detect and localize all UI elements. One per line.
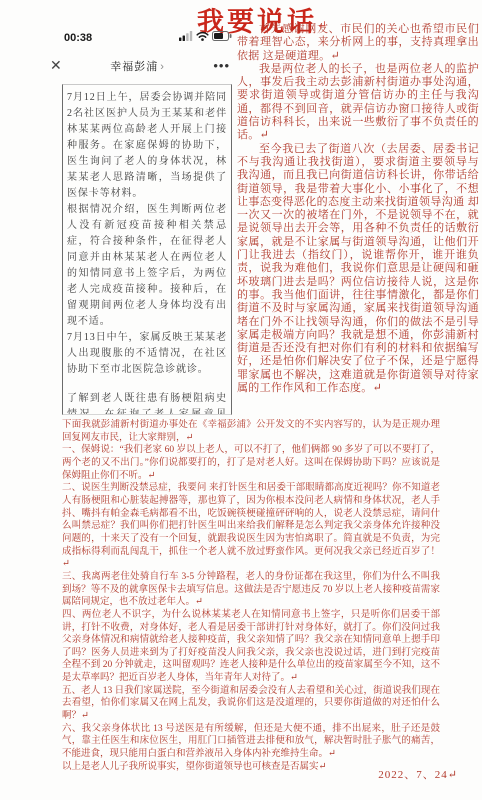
letter-paragraph: 三、我离两老住处骑自行车 3-5 分钟路程，老人的身份证都在我这里，你们为什么不… — [62, 571, 440, 609]
chat-header: ✕ 幸福彭浦› ••• — [38, 44, 238, 74]
letter-date: 2022、7、24↵ — [378, 766, 458, 782]
phone-status-bar: 00:38 — [38, 31, 238, 44]
status-time: 00:38 — [64, 32, 92, 44]
chat-title-text: 幸福彭浦 — [110, 61, 158, 73]
report-paragraph: 7月13日中午，家属反映王某某老人出现腹胀的不适情况，在社区协助下至市北医院急诊… — [67, 330, 227, 378]
letter-bottom-section: 下面我就彭浦新村街道办事处在《幸福彭浦》公开发文的不实内容写的，认为是正规办理回… — [62, 419, 440, 773]
cellular-signal-icon — [179, 31, 193, 44]
close-icon: ✕ — [50, 57, 62, 74]
chat-title: 幸福彭浦› — [110, 58, 165, 74]
report-paragraph: 7月12日上午，居委会协调并陪同2名社区医护人员为王某某和老伴林某某两位高龄老人… — [67, 90, 227, 202]
chevron-right-icon: › — [160, 61, 165, 73]
more-icon: ••• — [213, 58, 230, 73]
community-report-box: 7月12日上午，居委会协调并陪同2名社区医护人员为王某某和老伴林某某两位高龄老人… — [62, 84, 232, 415]
underlined-text: 询了老人家属意见 — [129, 409, 227, 415]
letter-paragraph: 六、我父亲身体状比 13 号送医是有所缓解，但还是大便不通，排不出屁来，肚子还是… — [62, 723, 440, 761]
letter-paragraph: 我是两位老人的长子，也是两位老人的监护人，事发后我主动去彭浦新村街道办事处沟通，… — [237, 63, 479, 143]
report-paragraph: 根据情况介绍，医生判断两位老人没有新冠疫苗接种相关禁忌症，符合接种条件，在征得老… — [67, 202, 227, 330]
letter-right-column: 首先感谢网友、市民们的关心也希望市民们带着理智心态，来分析网上的事，支持真理拿出… — [237, 23, 479, 395]
report-paragraph: 了解到老人既往患有肠梗阻病史情况，在征询了老人家属意见医 — [67, 391, 227, 415]
letter-paragraph: 五、老人 13 日我们家属送院，至今街道和居委会没有人去看望和关心过，街道说我们… — [62, 685, 440, 723]
wechat-screenshot: 00:38 ✕ 幸福彭浦› ••• — [38, 31, 238, 74]
battery-icon — [212, 31, 232, 44]
letter-paragraph: 首先感谢网友、市民们的关心也希望市民们带着理智心态，来分析网上的事，支持真理拿出… — [237, 23, 479, 63]
letter-paragraph: 二、说医生判断没禁忌症，我要问 来打针医生和居委干部眼睛都高度近视吗？你不知道老… — [62, 482, 440, 571]
wifi-icon — [196, 31, 209, 44]
letter-paragraph: 下面我就彭浦新村街道办事处在《幸福彭浦》公开发文的不实内容写的，认为是正规办理回… — [62, 419, 440, 444]
letter-paragraph: 四、两位老人不识字，为什么说林某某老人在知情同意书上签字，只是听你们居委干部讲，… — [62, 609, 440, 685]
letter-paragraph: 至今我已去了街道八次（去居委、居委书记不与我沟通让我找街道），要求街道主要领导与… — [237, 143, 479, 396]
status-icons — [179, 31, 232, 44]
letter-paragraph: 一、保姆说：“我们老家 60 岁以上老人，可以不打了，他们俩都 90 多岁了可以… — [62, 444, 440, 482]
